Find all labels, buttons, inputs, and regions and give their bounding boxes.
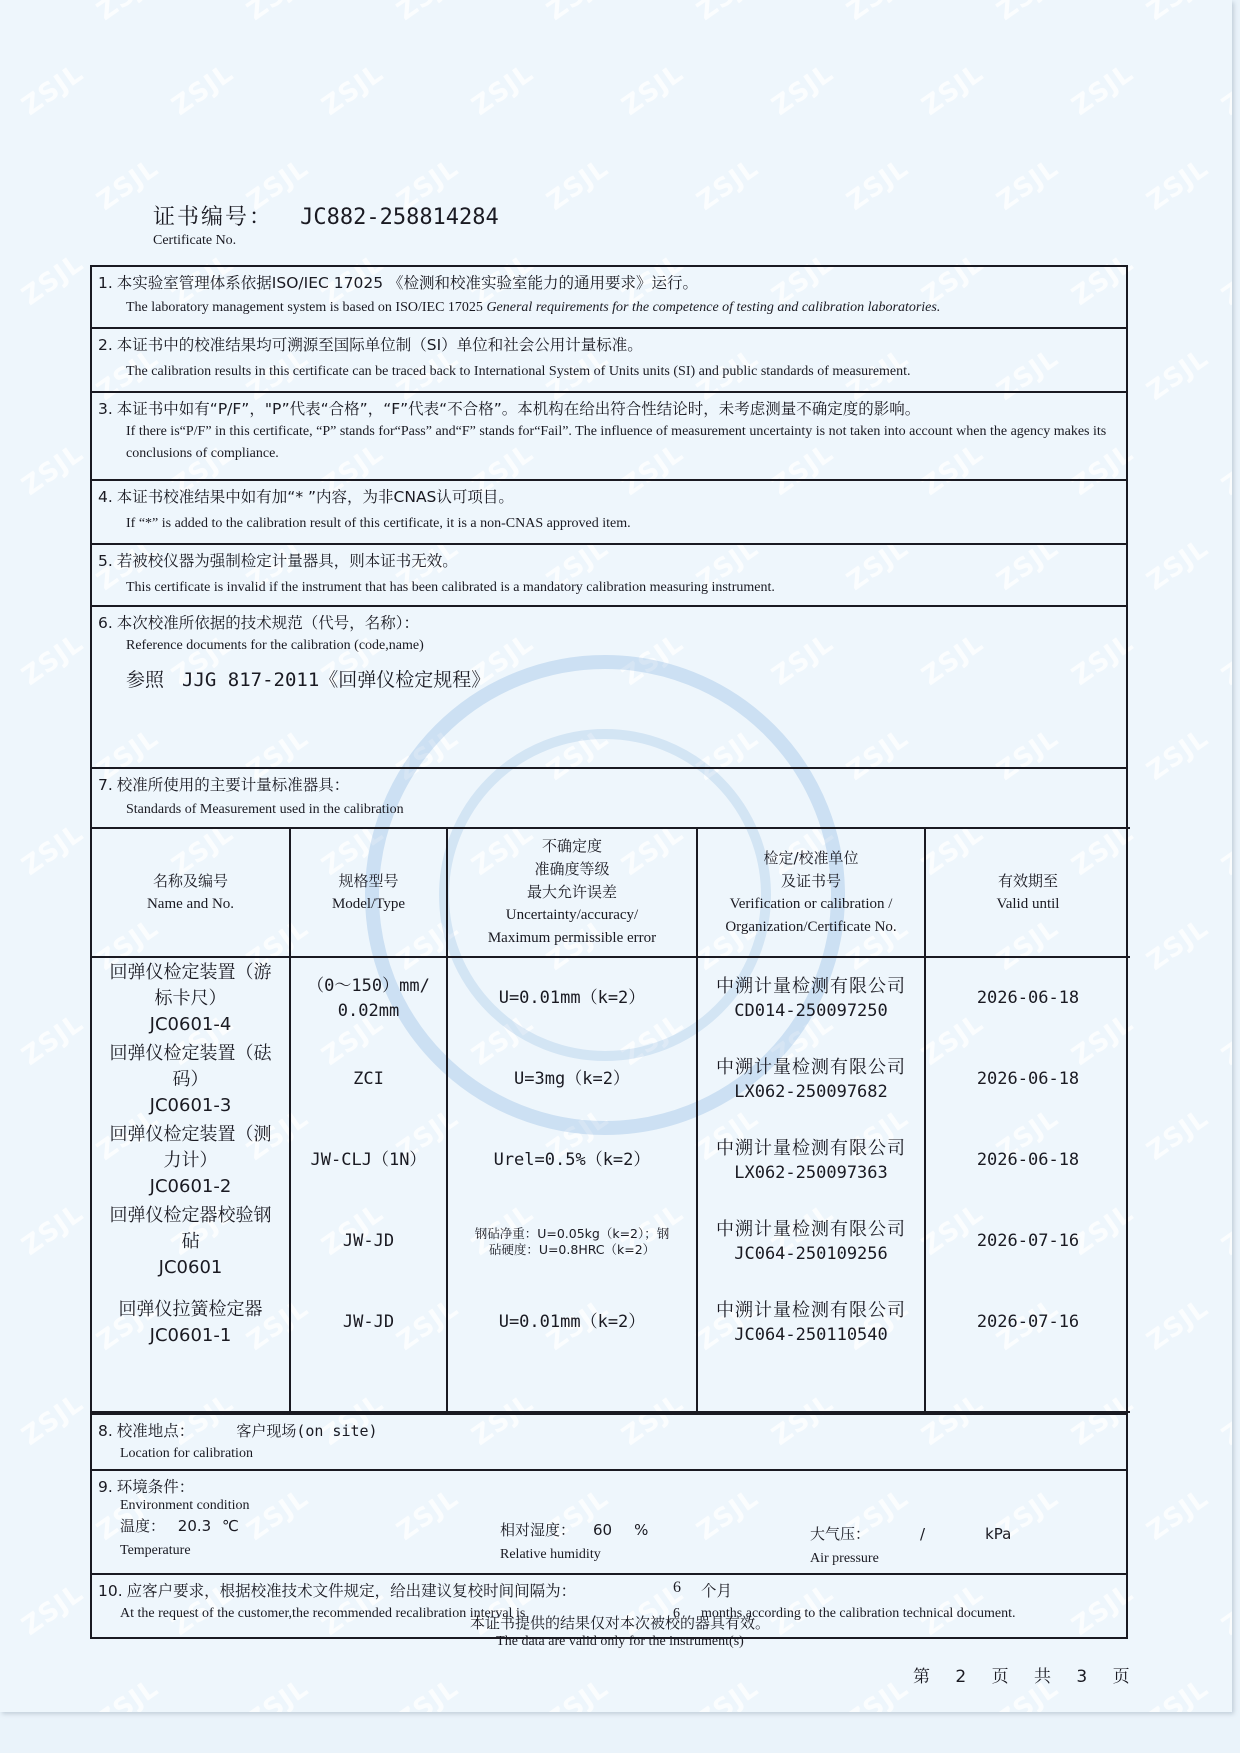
footer-note: 本证书提供的结果仅对本次被校的器具有效。 The data are valid … xyxy=(0,1612,1240,1651)
clause-text-cn: 若被校仪器为强制检定计量器具，则本证书无效。 xyxy=(117,552,458,570)
standard-uncertainty: 钢砧净重：U=0.05kg（k=2）；钢砧硬度：U=0.8HRC（k=2） xyxy=(448,1201,696,1282)
clause-number: 5. xyxy=(98,552,113,570)
standard-organization: 中溯计量检测有限公司CD014-250097250 xyxy=(698,958,924,1039)
organization-cert-no: JC064-250109256 xyxy=(734,1242,888,1267)
clause-text-cn: 本实验室管理体系依据ISO/IEC 17025 《检测和校准实验室能力的通用要求… xyxy=(117,274,698,292)
standard-valid-until: 2026-06-18 xyxy=(926,1039,1130,1120)
clauses-frame: 1.本实验室管理体系依据ISO/IEC 17025 《检测和校准实验室能力的通用… xyxy=(90,265,1128,1639)
clause-9-environment: 9.环境条件： Environment condition 温度： 20.3 ℃… xyxy=(92,1471,1126,1575)
clause-1: 1.本实验室管理体系依据ISO/IEC 17025 《检测和校准实验室能力的通用… xyxy=(92,267,1126,329)
column-organization: 中溯计量检测有限公司CD014-250097250中溯计量检测有限公司LX062… xyxy=(697,957,925,1412)
header-model-type: 规格型号Model/Type xyxy=(290,828,447,957)
organization-cert-no: CD014-250097250 xyxy=(734,999,888,1024)
clause-text-en: If “*” is added to the calibration resul… xyxy=(98,513,1120,535)
standards-table-body: 回弹仪检定装置（游标卡尺）JC0601-4回弹仪检定装置（砝码）JC0601-3… xyxy=(92,957,1130,1412)
pressure-label-en: Air pressure xyxy=(810,1548,1011,1570)
standard-model: ZCI xyxy=(291,1039,446,1120)
standard-valid-until: 2026-06-18 xyxy=(926,1120,1130,1201)
standard-organization: 中溯计量检测有限公司JC064-250110540 xyxy=(698,1282,924,1363)
temperature-value: 20.3 xyxy=(178,1517,211,1535)
clause-5: 5.若被校仪器为强制检定计量器具，则本证书无效。 This certificat… xyxy=(92,545,1126,607)
standards-table: 名称及编号Name and No.规格型号Model/Type不确定度准确度等级… xyxy=(92,827,1130,1413)
standard-organization: 中溯计量检测有限公司LX062-250097363 xyxy=(698,1120,924,1201)
certificate-page: ZSJLZSJLZSJLZSJLZSJLZSJLZSJLZSJLZSJLZSJL… xyxy=(0,0,1232,1712)
organization-cert-no: LX062-250097363 xyxy=(734,1161,888,1186)
header-valid-until: 有效期至Valid until xyxy=(925,828,1130,957)
clause-text-cn: 本证书中的校准结果均可溯源至国际单位制（SI）单位和社会公用计量标准。 xyxy=(117,336,643,354)
organization-cert-no: JC064-250110540 xyxy=(734,1323,888,1348)
certificate-number-label-en: Certificate No. xyxy=(153,233,499,249)
organization-name: 中溯计量检测有限公司 xyxy=(716,974,906,999)
reference-prefix: 参照 xyxy=(126,669,164,691)
standard-valid-until: 2026-06-18 xyxy=(926,958,1130,1039)
standard-model: JW-JD xyxy=(291,1282,446,1363)
clause-text-en: The calibration results in this certific… xyxy=(98,361,1120,383)
header-text-cn: 名称及编号 xyxy=(94,870,287,893)
header-text-cn: 规格型号 xyxy=(293,870,444,893)
temperature-label-en: Temperature xyxy=(120,1540,500,1562)
humidity-label-en: Relative humidity xyxy=(500,1544,810,1566)
header-text-en: Organization/Certificate No. xyxy=(700,916,922,939)
standard-name: 回弹仪检定装置（砝码）JC0601-3 xyxy=(92,1039,289,1120)
header-text-en: Uncertainty/accuracy/ xyxy=(450,904,694,927)
clause-number: 9. xyxy=(98,1478,113,1496)
clause-number: 2. xyxy=(98,336,113,354)
header-text-en: Verification or calibration / xyxy=(700,893,922,916)
header-text-cn: 最大允许误差 xyxy=(450,881,694,904)
organization-name: 中溯计量检测有限公司 xyxy=(716,1055,906,1080)
clause-2: 2.本证书中的校准结果均可溯源至国际单位制（SI）单位和社会公用计量标准。 Th… xyxy=(92,329,1126,393)
column-name-and-no: 回弹仪检定装置（游标卡尺）JC0601-4回弹仪检定装置（砝码）JC0601-3… xyxy=(92,957,290,1412)
standard-model: JW-JD xyxy=(291,1201,446,1282)
clause-6-reference-documents: 6.本次校准所依据的技术规范（代号，名称）： Reference documen… xyxy=(92,607,1126,769)
clause-number: 6. xyxy=(98,614,113,632)
clause-text-en: If there is“P/F” in this certificate, “P… xyxy=(98,421,1120,465)
standard-uncertainty: U=0.01mm（k=2） xyxy=(448,1282,696,1363)
environment-label-en: Environment condition xyxy=(98,1497,1120,1515)
column-valid-until: 2026-06-182026-06-182026-06-182026-07-16… xyxy=(925,957,1130,1412)
clause-text-cn: 本证书中如有“P/F”，"P”代表“合格”，“F”代表“不合格”。本机构在给出符… xyxy=(117,400,920,418)
header-text-en: Valid until xyxy=(928,893,1128,916)
clause-text-cn: 本次校准所依据的技术规范（代号，名称）： xyxy=(117,614,419,632)
standard-organization: 中溯计量检测有限公司JC064-250109256 xyxy=(698,1201,924,1282)
clause-text-en: The laboratory management system is base… xyxy=(126,300,486,315)
location-label-en: Location for calibration xyxy=(98,1443,1120,1465)
header-uncertainty: 不确定度准确度等级最大允许误差Uncertainty/accuracy/Maxi… xyxy=(447,828,697,957)
standard-name: 回弹仪拉簧检定器JC0601-1 xyxy=(92,1282,289,1363)
clause-3: 3.本证书中如有“P/F”，"P”代表“合格”，“F”代表“不合格”。本机构在给… xyxy=(92,393,1126,481)
interval-value: 6 xyxy=(673,1579,701,1601)
location-label: 校准地点： xyxy=(117,1422,195,1440)
standard-valid-until: 2026-07-16 xyxy=(926,1282,1130,1363)
organization-name: 中溯计量检测有限公司 xyxy=(716,1217,906,1242)
interval-text-cn: 应客户要求，根据校准技术文件规定，给出建议复校时间间隔为： xyxy=(127,1582,577,1600)
column-model: （0～150）mm/0.02mmZCIJW-CLJ（1N）JW-JDJW-JD xyxy=(290,957,447,1412)
header-name-and-no: 名称及编号Name and No. xyxy=(92,828,290,957)
standard-model: （0～150）mm/0.02mm xyxy=(291,958,446,1039)
standard-name: 回弹仪检定器校验钢砧JC0601 xyxy=(92,1201,289,1282)
standard-organization: 中溯计量检测有限公司LX062-250097682 xyxy=(698,1039,924,1120)
location-value: 客户现场(on site) xyxy=(236,1422,377,1440)
header-text-cn: 有效期至 xyxy=(928,870,1128,893)
page-number: 第 2 页 共 3 页 xyxy=(913,1662,1140,1687)
pressure-value: / xyxy=(920,1525,925,1543)
interval-unit: 个月 xyxy=(701,1579,732,1601)
temperature-label: 温度： xyxy=(120,1517,165,1535)
humidity-label: 相对湿度： xyxy=(500,1521,575,1539)
organization-cert-no: LX062-250097682 xyxy=(734,1080,888,1105)
header-text-cn: 及证书号 xyxy=(700,870,922,893)
standard-name: 回弹仪检定装置（游标卡尺）JC0601-4 xyxy=(92,958,289,1039)
organization-name: 中溯计量检测有限公司 xyxy=(716,1136,906,1161)
clause-8-location: 8.校准地点：客户现场(on site) Location for calibr… xyxy=(92,1413,1126,1471)
temperature-unit: ℃ xyxy=(222,1517,239,1535)
clause-number: 4. xyxy=(98,488,113,506)
clause-number: 10. xyxy=(98,1582,123,1600)
certificate-number-block: 证书编号： JC882-258814284 Certificate No. xyxy=(153,200,499,249)
pressure-field: 大气压：/kPa Air pressure xyxy=(810,1515,1011,1570)
standard-uncertainty: U=3mg（k=2） xyxy=(448,1039,696,1120)
clause-number: 7. xyxy=(98,776,113,794)
humidity-value: 60 xyxy=(593,1521,612,1539)
clause-text-en: Reference documents for the calibration … xyxy=(98,635,1120,657)
clause-text-cn: 校准所使用的主要计量标准器具： xyxy=(117,776,350,794)
header-text-cn: 准确度等级 xyxy=(450,858,694,881)
standard-uncertainty: U=0.01mm（k=2） xyxy=(448,958,696,1039)
humidity-field: 相对湿度：60% Relative humidity xyxy=(500,1515,810,1570)
humidity-unit: % xyxy=(634,1521,648,1539)
clause-number: 1. xyxy=(98,274,113,292)
clause-text-en: This certificate is invalid if the instr… xyxy=(98,577,1120,599)
standard-model: JW-CLJ（1N） xyxy=(291,1120,446,1201)
pressure-unit: kPa xyxy=(985,1525,1011,1543)
certificate-number: JC882-258814284 xyxy=(300,205,499,230)
reference-document-value: JJG 817-2011《回弹仪检定规程》 xyxy=(182,669,490,691)
certificate-number-label: 证书编号： xyxy=(153,205,273,230)
clause-number: 3. xyxy=(98,400,113,418)
organization-name: 中溯计量检测有限公司 xyxy=(716,1298,906,1323)
standard-uncertainty: Urel=0.5%（k=2） xyxy=(448,1120,696,1201)
header-text-en: Maximum permissible error xyxy=(450,927,694,950)
footer-note-cn: 本证书提供的结果仅对本次被校的器具有效。 xyxy=(0,1612,1240,1633)
temperature-field: 温度： 20.3 ℃ Temperature xyxy=(120,1515,500,1570)
clause-7-standards: 7.校准所使用的主要计量标准器具： Standards of Measureme… xyxy=(92,769,1126,1413)
reference-document: 参照JJG 817-2011《回弹仪检定规程》 xyxy=(98,665,1120,692)
header-text-en: Name and No. xyxy=(94,893,287,916)
header-organization: 检定/校准单位及证书号Verification or calibration /… xyxy=(697,828,925,957)
header-text-cn: 不确定度 xyxy=(450,835,694,858)
standard-title: General requirements for the competence … xyxy=(486,300,940,315)
standards-table-header: 名称及编号Name and No.规格型号Model/Type不确定度准确度等级… xyxy=(92,828,1130,957)
clause-text-en: Standards of Measurement used in the cal… xyxy=(98,799,1120,821)
header-text-en: Model/Type xyxy=(293,893,444,916)
column-uncertainty: U=0.01mm（k=2）U=3mg（k=2）Urel=0.5%（k=2）钢砧净… xyxy=(447,957,697,1412)
standard-name: 回弹仪检定装置（测力计）JC0601-2 xyxy=(92,1120,289,1201)
header-text-cn: 检定/校准单位 xyxy=(700,847,922,870)
pressure-label: 大气压： xyxy=(810,1525,870,1543)
clause-4: 4.本证书校准结果中如有加“* ”内容，为非CNAS认可项目。 If “*” i… xyxy=(92,481,1126,545)
clause-number: 8. xyxy=(98,1422,113,1440)
clause-text-cn: 本证书校准结果中如有加“* ”内容，为非CNAS认可项目。 xyxy=(117,488,514,506)
footer-note-en: The data are valid only for the instrume… xyxy=(0,1633,1240,1651)
environment-label: 环境条件： xyxy=(117,1478,195,1496)
standard-valid-until: 2026-07-16 xyxy=(926,1201,1130,1282)
